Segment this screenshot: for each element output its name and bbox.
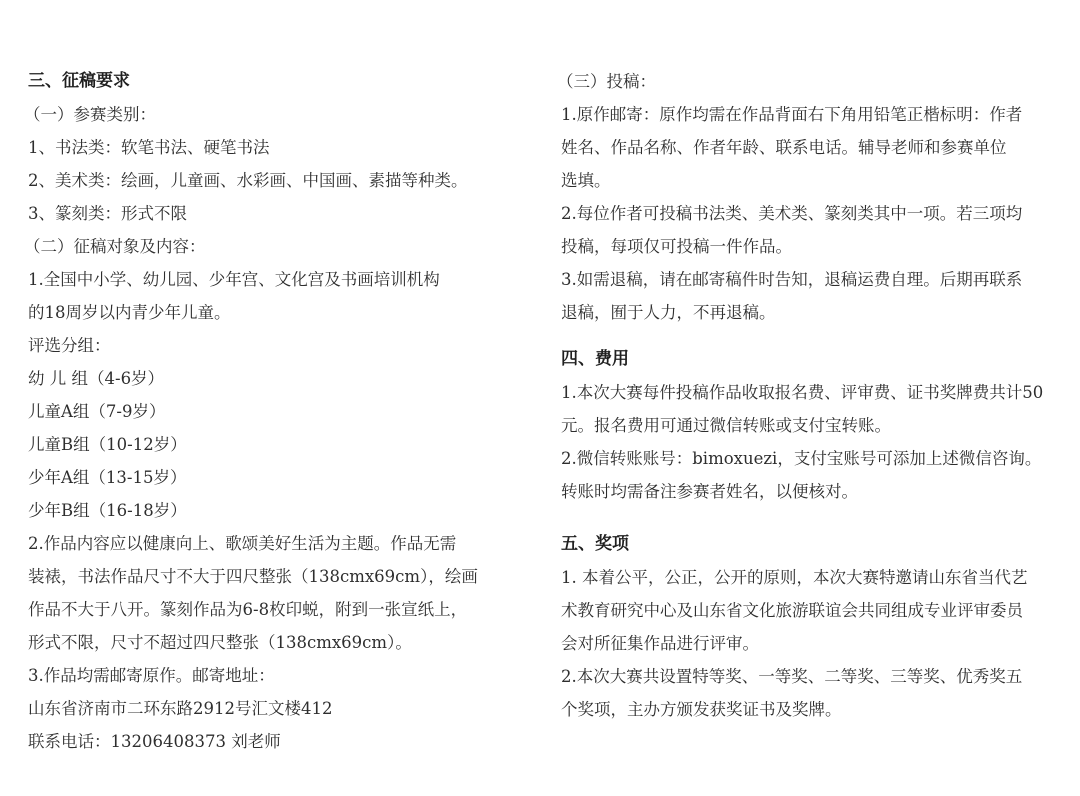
paragraph-line: 转账时均需备注参赛者姓名，以便核对。	[561, 475, 1076, 508]
subsection-title-submission: （三）投稿：	[557, 65, 1076, 98]
paragraph-line: 作品不大于八开。篆刻作品为6-8枚印蜕，附到一张宣纸上，	[28, 593, 538, 626]
paragraph-line: 1.全国中小学、幼儿园、少年宫、文化宫及书画培训机构	[28, 263, 538, 296]
contact-phone: 联系电话：13206408373 刘老师	[28, 725, 538, 758]
age-group-item: 幼 儿 组（4-6岁）	[28, 362, 538, 395]
mailing-address: 山东省济南市二环东路2912号汇文楼412	[28, 692, 538, 725]
paragraph-line: 2.本次大赛共设置特等奖、一等奖、二等奖、三等奖、优秀奖五	[561, 660, 1076, 693]
section-heading-requirements: 三、征稿要求	[28, 65, 538, 98]
category-item: 1、书法类：软笔书法、硬笔书法	[28, 131, 538, 164]
paragraph-line: 元。报名费用可通过微信转账或支付宝转账。	[561, 409, 1076, 442]
subsection-title-targets: （二）征稿对象及内容：	[24, 230, 538, 263]
groups-label: 评选分组：	[28, 329, 538, 362]
spacer	[561, 329, 1076, 343]
paragraph-line: 1.本次大赛每件投稿作品收取报名费、评审费、证书奖牌费共计50	[561, 376, 1076, 409]
paragraph-line: 1. 本着公平，公正，公开的原则，本次大赛特邀请山东省当代艺	[561, 561, 1076, 594]
section-heading-fees: 四、费用	[561, 343, 1076, 376]
paragraph-line: 退稿，囿于人力，不再退稿。	[561, 296, 1076, 329]
age-group-item: 儿童B组（10-12岁）	[28, 428, 538, 461]
age-group-item: 少年A组（13-15岁）	[28, 461, 538, 494]
paragraph-line: 个奖项，主办方颁发获奖证书及奖牌。	[561, 693, 1076, 726]
paragraph-line: 2.每位作者可投稿书法类、美术类、篆刻类其中一项。若三项均	[561, 197, 1076, 230]
paragraph-line: 选填。	[561, 164, 1076, 197]
paragraph-line: 装裱，书法作品尺寸不大于四尺整张（138cmx69cm），绘画	[28, 560, 538, 593]
paragraph-line: 投稿，每项仅可投稿一件作品。	[561, 230, 1076, 263]
paragraph-line: 2.作品内容应以健康向上、歌颂美好生活为主题。作品无需	[28, 527, 538, 560]
paragraph-line: 术教育研究中心及山东省文化旅游联谊会共同组成专业评审委员	[561, 594, 1076, 627]
paragraph-line: 3.作品均需邮寄原作。邮寄地址：	[28, 659, 538, 692]
paragraph-line: 的18周岁以内青少年儿童。	[28, 296, 538, 329]
age-group-item: 少年B组（16-18岁）	[28, 494, 538, 527]
paragraph-line: 形式不限，尺寸不超过四尺整张（138cmx69cm）。	[28, 626, 538, 659]
payment-account: 2.微信转账账号：bimoxuezi，支付宝账号可添加上述微信咨询。	[561, 442, 1076, 475]
spacer	[561, 508, 1076, 528]
paragraph-line: 3.如需退稿，请在邮寄稿件时告知，退稿运费自理。后期再联系	[561, 263, 1076, 296]
right-column: （三）投稿： 1.原作邮寄：原作均需在作品背面右下角用铅笔正楷标明：作者 姓名、…	[561, 65, 1076, 726]
category-item: 2、美术类：绘画，儿童画、水彩画、中国画、素描等种类。	[28, 164, 538, 197]
paragraph-line: 会对所征集作品进行评审。	[561, 627, 1076, 660]
category-item: 3、篆刻类：形式不限	[28, 197, 538, 230]
subsection-title-categories: （一）参赛类别：	[24, 98, 538, 131]
paragraph-line: 姓名、作品名称、作者年龄、联系电话。辅导老师和参赛单位	[561, 131, 1076, 164]
left-column: 三、征稿要求 （一）参赛类别： 1、书法类：软笔书法、硬笔书法 2、美术类：绘画…	[28, 65, 538, 758]
document-page: 三、征稿要求 （一）参赛类别： 1、书法类：软笔书法、硬笔书法 2、美术类：绘画…	[0, 0, 1080, 796]
paragraph-line: 1.原作邮寄：原作均需在作品背面右下角用铅笔正楷标明：作者	[561, 98, 1076, 131]
section-heading-awards: 五、奖项	[561, 528, 1076, 561]
age-group-item: 儿童A组（7-9岁）	[28, 395, 538, 428]
